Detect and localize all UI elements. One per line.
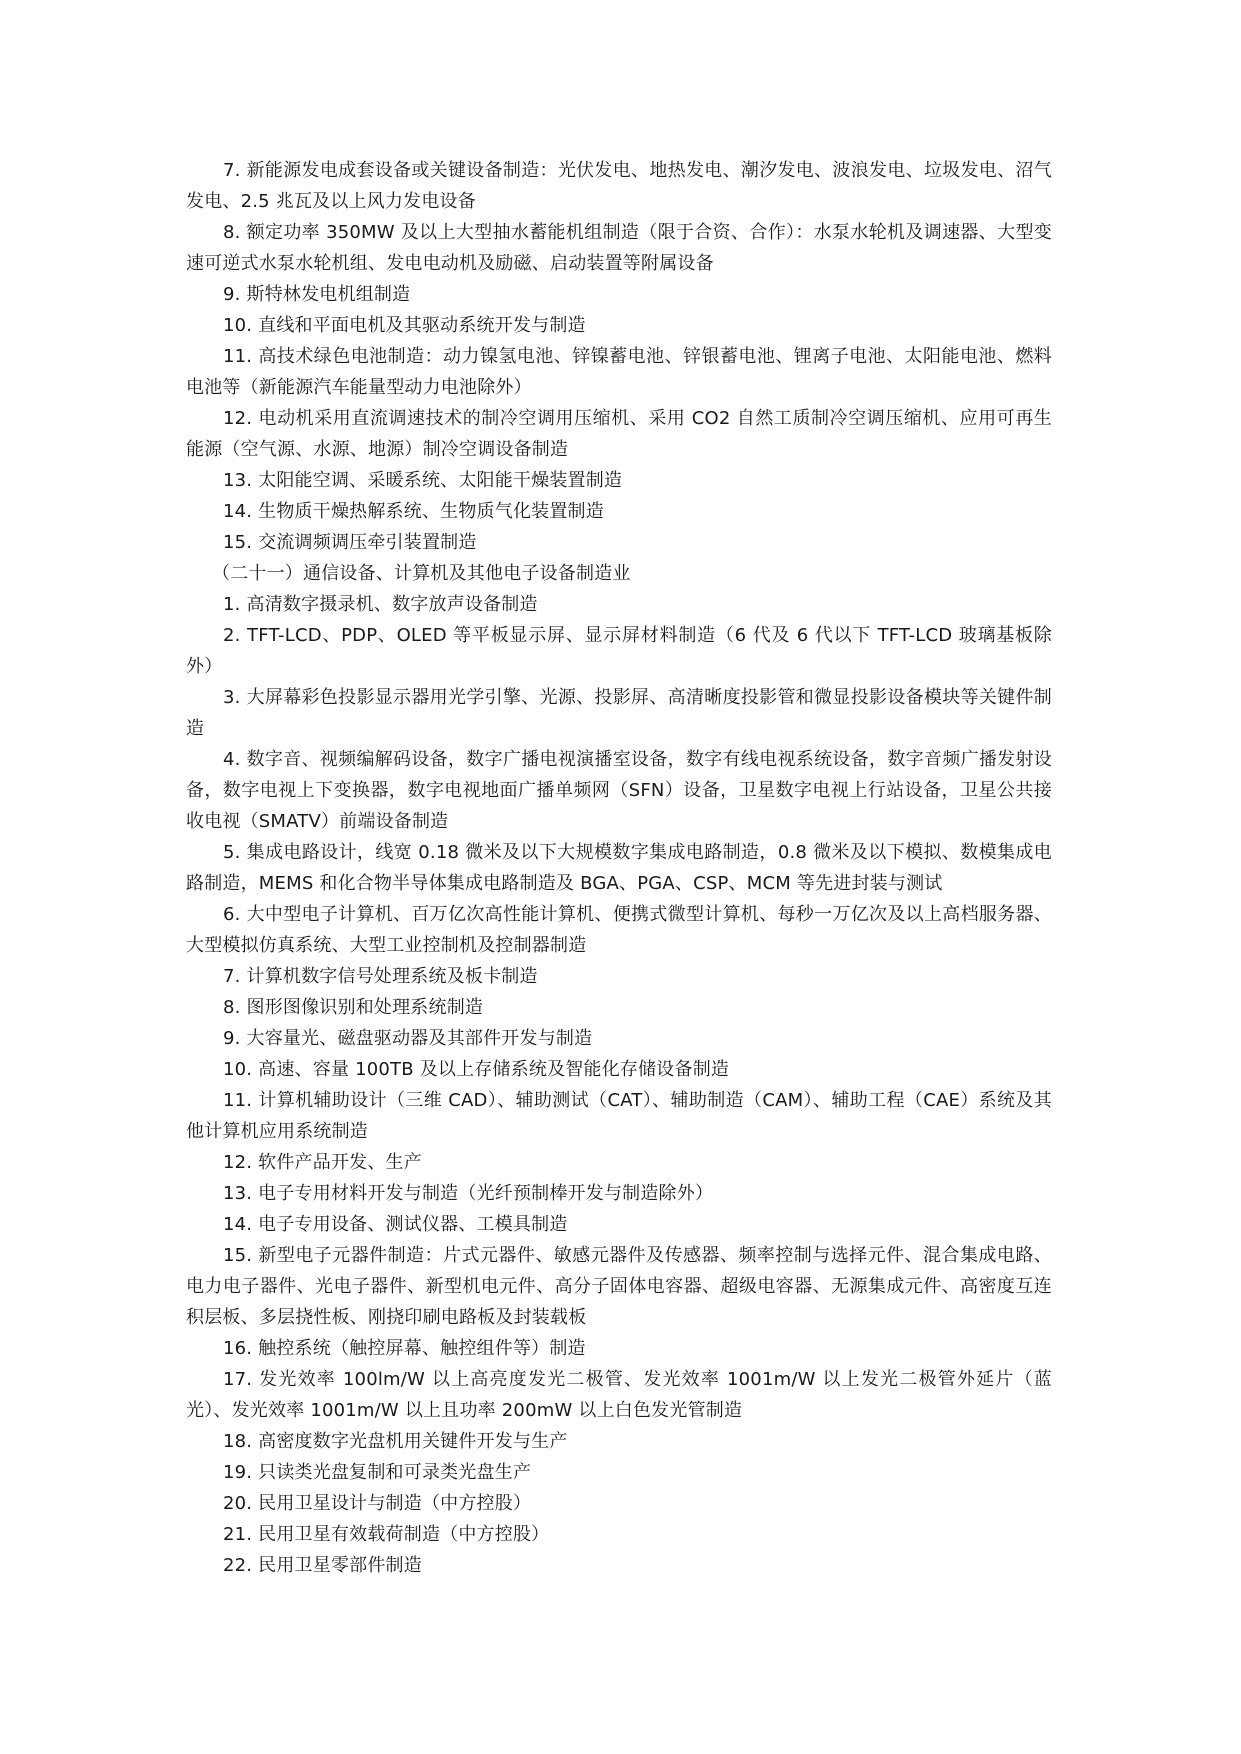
paragraph-item-14-biomass: 14. 生物质干燥热解系统、生物质气化装置制造 bbox=[186, 496, 1052, 527]
document-page: 7. 新能源发电成套设备或关键设备制造：光伏发电、地热发电、潮汐发电、波浪发电、… bbox=[186, 155, 1052, 1581]
paragraph-item-5-ic-design: 5. 集成电路设计，线宽 0.18 微米及以下大规模数字集成电路制造，0.8 微… bbox=[186, 837, 1052, 899]
paragraph-item-10-linear-motor: 10. 直线和平面电机及其驱动系统开发与制造 bbox=[186, 310, 1052, 341]
paragraph-item-15-traction: 15. 交流调频调压牵引装置制造 bbox=[186, 527, 1052, 558]
paragraph-item-20-satellite-design: 20. 民用卫星设计与制造（中方控股） bbox=[186, 1488, 1052, 1519]
paragraph-item-2-flat-panel: 2. TFT-LCD、PDP、OLED 等平板显示屏、显示屏材料制造（6 代及 … bbox=[186, 620, 1052, 682]
paragraph-item-9-disk-drives: 9. 大容量光、磁盘驱动器及其部件开发与制造 bbox=[186, 1023, 1052, 1054]
paragraph-item-9-stirling: 9. 斯特林发电机组制造 bbox=[186, 279, 1052, 310]
paragraph-item-22-satellite-parts: 22. 民用卫星零部件制造 bbox=[186, 1550, 1052, 1581]
paragraph-item-17-led: 17. 发光效率 100lm/W 以上高亮度发光二极管、发光效率 1001m/W… bbox=[186, 1364, 1052, 1426]
paragraph-item-12-compressor: 12. 电动机采用直流调速技术的制冷空调用压缩机、采用 CO2 自然工质制冷空调… bbox=[186, 403, 1052, 465]
paragraph-item-14-equipment: 14. 电子专用设备、测试仪器、工模具制造 bbox=[186, 1209, 1052, 1240]
section-heading-21: （二十一）通信设备、计算机及其他电子设备制造业 bbox=[186, 558, 1052, 589]
paragraph-item-21-satellite-payload: 21. 民用卫星有效载荷制造（中方控股） bbox=[186, 1519, 1052, 1550]
paragraph-item-16-touch: 16. 触控系统（触控屏幕、触控组件等）制造 bbox=[186, 1333, 1052, 1364]
paragraph-item-13-solar-ac: 13. 太阳能空调、采暖系统、太阳能干燥装置制造 bbox=[186, 465, 1052, 496]
paragraph-item-8-pumped-storage: 8. 额定功率 350MW 及以上大型抽水蓄能机组制造（限于合资、合作）：水泵水… bbox=[186, 217, 1052, 279]
paragraph-item-3-projection: 3. 大屏幕彩色投影显示器用光学引擎、光源、投影屏、高清晰度投影管和微显投影设备… bbox=[186, 682, 1052, 744]
paragraph-item-11-cad: 11. 计算机辅助设计（三维 CAD）、辅助测试（CAT）、辅助制造（CAM）、… bbox=[186, 1085, 1052, 1147]
paragraph-item-6-computers: 6. 大中型电子计算机、百万亿次高性能计算机、便携式微型计算机、每秒一万亿次及以… bbox=[186, 899, 1052, 961]
paragraph-item-10-storage: 10. 高速、容量 100TB 及以上存储系统及智能化存储设备制造 bbox=[186, 1054, 1052, 1085]
paragraph-item-8-image-recognition: 8. 图形图像识别和处理系统制造 bbox=[186, 992, 1052, 1023]
paragraph-item-13-materials: 13. 电子专用材料开发与制造（光纤预制棒开发与制造除外） bbox=[186, 1178, 1052, 1209]
paragraph-item-1-hd-camera: 1. 高清数字摄录机、数字放声设备制造 bbox=[186, 589, 1052, 620]
paragraph-item-15-components: 15. 新型电子元器件制造：片式元器件、敏感元器件及传感器、频率控制与选择元件、… bbox=[186, 1240, 1052, 1333]
paragraph-item-12-software: 12. 软件产品开发、生产 bbox=[186, 1147, 1052, 1178]
paragraph-item-11-green-battery: 11. 高技术绿色电池制造：动力镍氢电池、锌镍蓄电池、锌银蓄电池、锂离子电池、太… bbox=[186, 341, 1052, 403]
paragraph-item-7-dsp: 7. 计算机数字信号处理系统及板卡制造 bbox=[186, 961, 1052, 992]
paragraph-item-18-optical-disc: 18. 高密度数字光盘机用关键件开发与生产 bbox=[186, 1426, 1052, 1457]
paragraph-item-19-disc-replication: 19. 只读类光盘复制和可录类光盘生产 bbox=[186, 1457, 1052, 1488]
paragraph-item-4-digital-tv: 4. 数字音、视频编解码设备，数字广播电视演播室设备，数字有线电视系统设备，数字… bbox=[186, 744, 1052, 837]
paragraph-item-7-new-energy: 7. 新能源发电成套设备或关键设备制造：光伏发电、地热发电、潮汐发电、波浪发电、… bbox=[186, 155, 1052, 217]
